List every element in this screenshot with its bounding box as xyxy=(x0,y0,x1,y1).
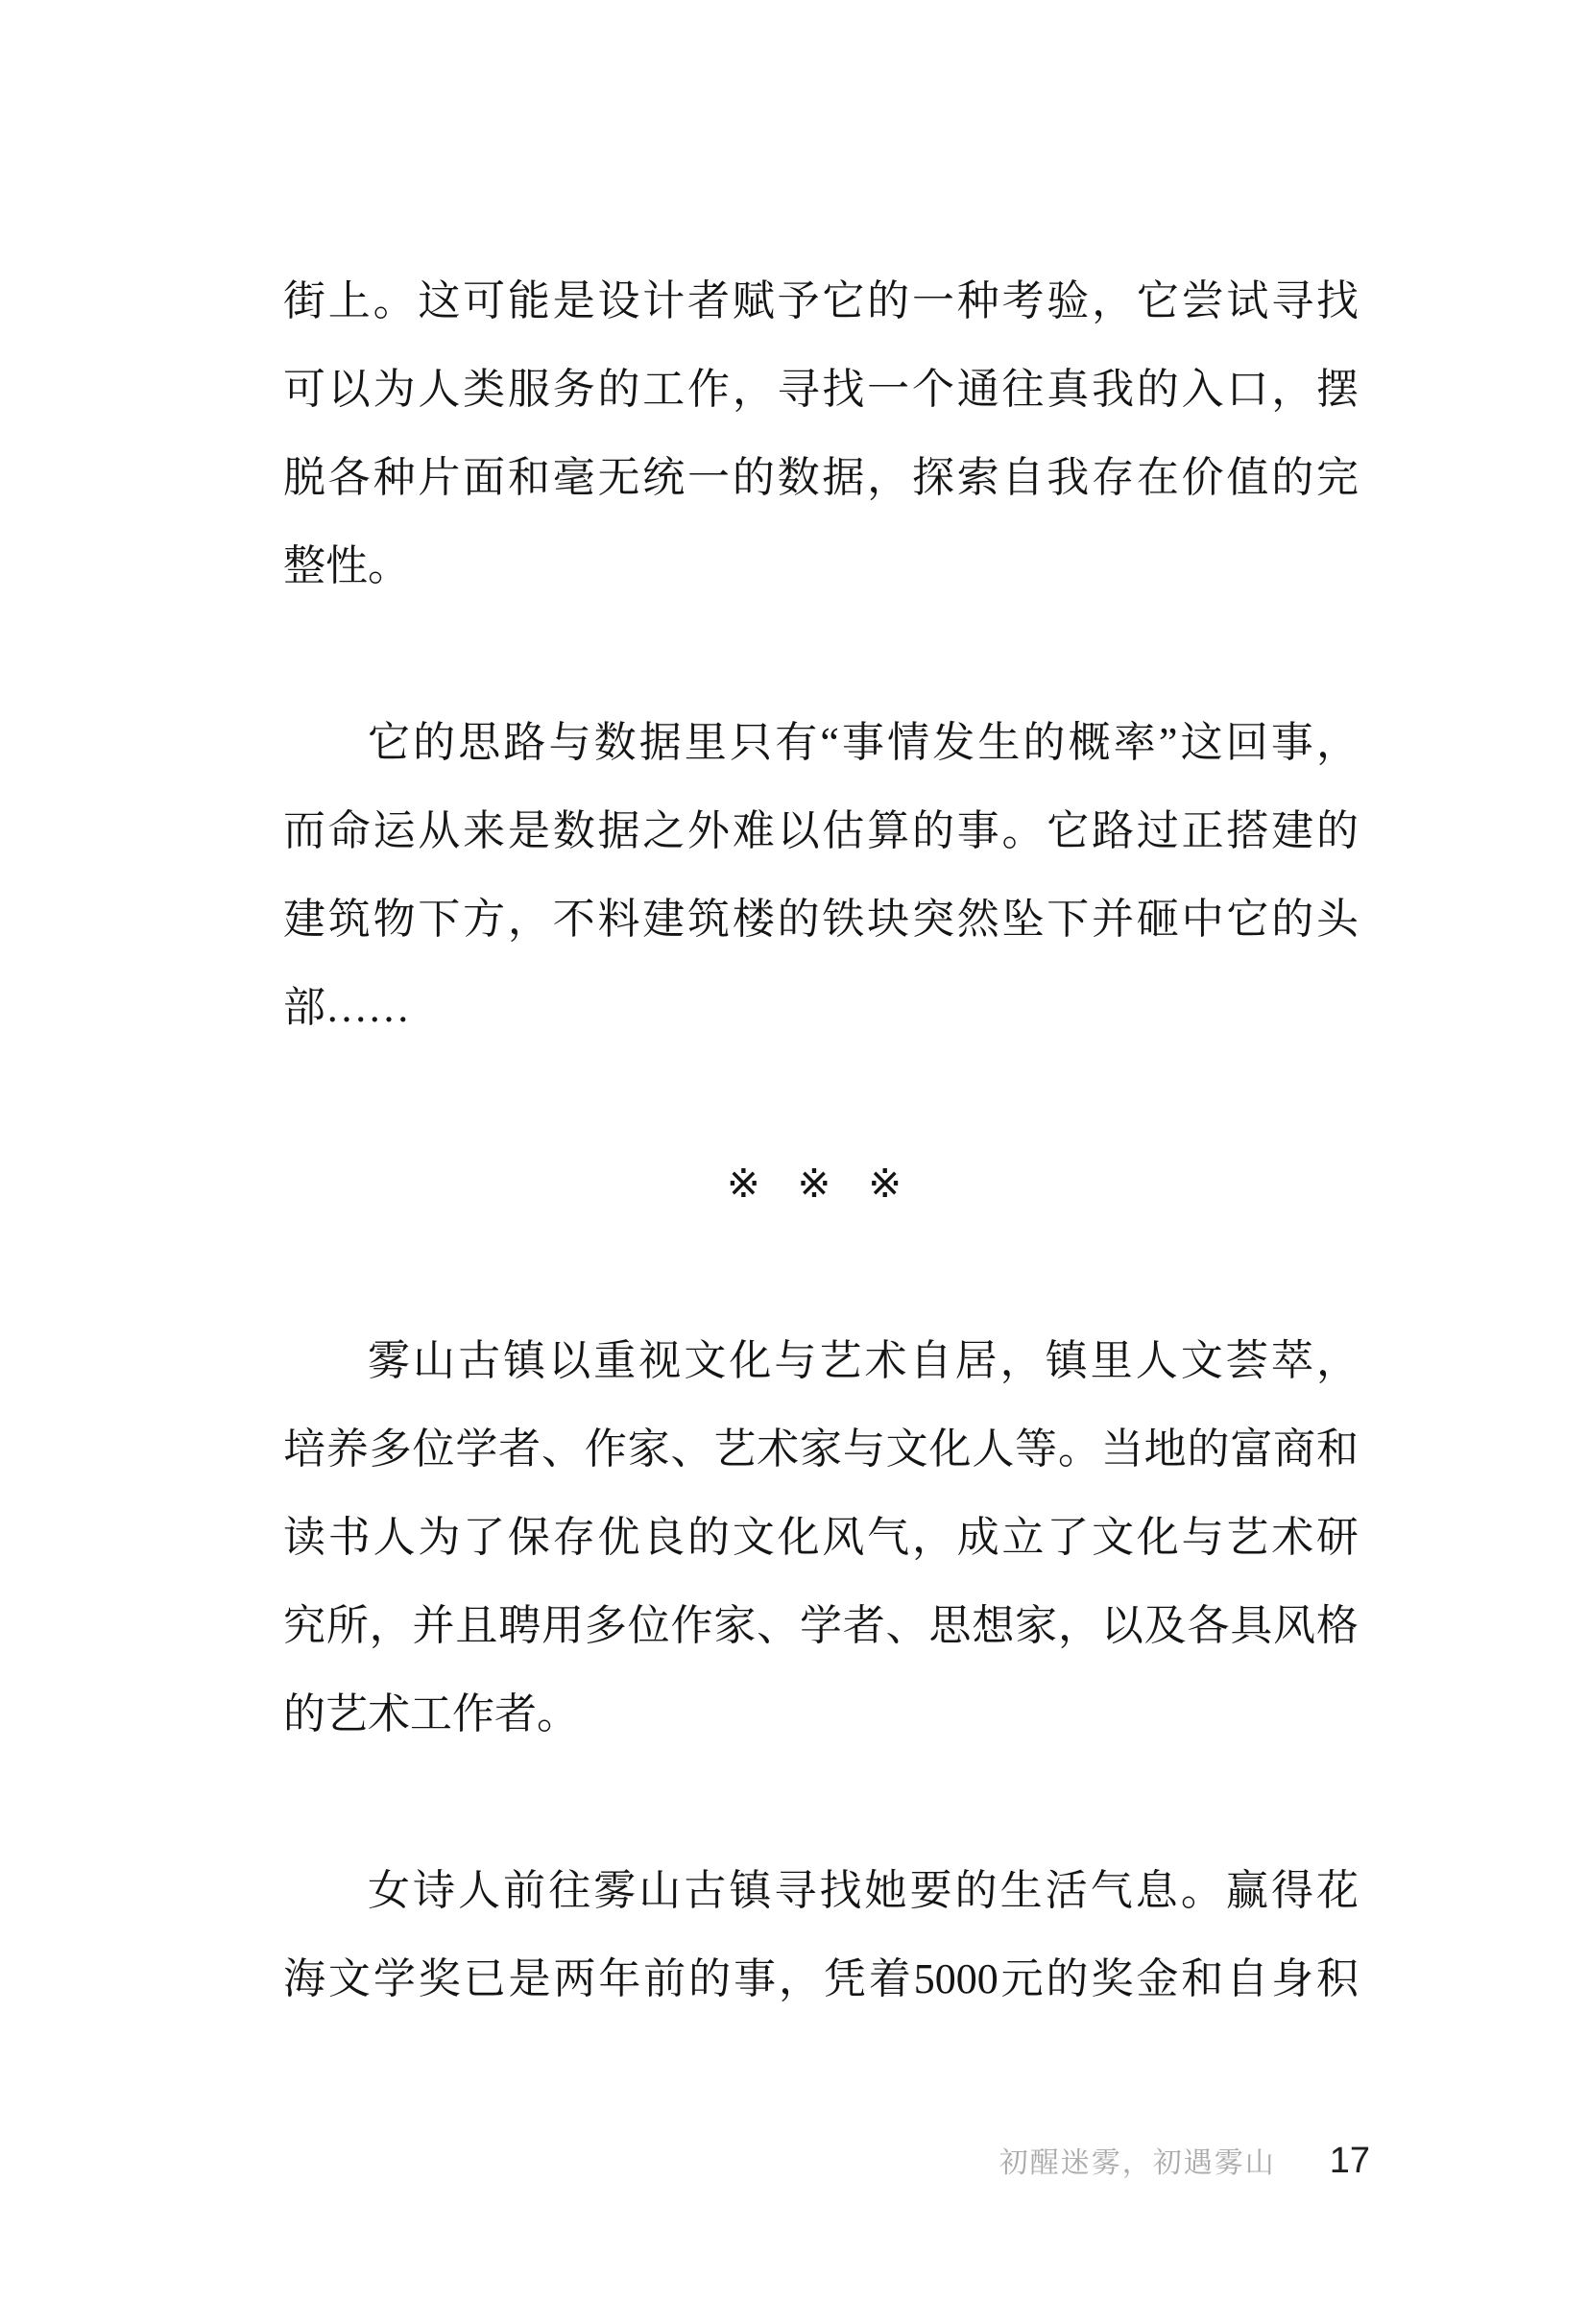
paragraph: 雾山古镇以重视文化与艺术自居，镇里人文荟萃， 培养多位学者、作家、艺术家与文化人… xyxy=(283,1317,1359,1759)
running-title: 初醒迷雾，初遇雾山 xyxy=(999,2139,1276,2181)
paragraph: 街上。这可能是设计者赋予它的一种考验，它尝试寻找 可以为人类服务的工作，寻找一个… xyxy=(283,257,1359,611)
body-text: 街上。这可能是设计者赋予它的一种考验，它尝试寻找 可以为人类服务的工作，寻找一个… xyxy=(283,257,1359,2112)
text-line: 雾山古镇以重视文化与艺术自居，镇里人文荟萃， xyxy=(283,1317,1359,1405)
section-divider: ※ ※ ※ xyxy=(283,1140,1359,1229)
text-line: 海文学奖已是两年前的事，凭着5000元的奖金和自身积 xyxy=(283,1935,1359,2024)
text-line: 究所，并且聘用多位作家、学者、思想家，以及各具风格 xyxy=(283,1582,1359,1670)
text-line: 街上。这可能是设计者赋予它的一种考验，它尝试寻找 xyxy=(283,257,1359,346)
text-line: 整性。 xyxy=(283,522,1359,611)
text-line: 建筑物下方，不料建筑楼的铁块突然坠下并砸中它的头 xyxy=(283,875,1359,964)
text-line: 而命运从来是数据之外难以估算的事。它路过正搭建的 xyxy=(283,787,1359,875)
paragraph: 它的思路与数据里只有“事情发生的概率”这回事， 而命运从来是数据之外难以估算的事… xyxy=(283,699,1359,1052)
text-line: 读书人为了保存优良的文化风气，成立了文化与艺术研 xyxy=(283,1494,1359,1582)
text-line: 部…… xyxy=(283,964,1359,1052)
text-line: 的艺术工作者。 xyxy=(283,1670,1359,1759)
text-line: 它的思路与数据里只有“事情发生的概率”这回事， xyxy=(283,699,1359,787)
text-line: 培养多位学者、作家、艺术家与文化人等。当地的富商和 xyxy=(283,1405,1359,1494)
text-line: 脱各种片面和毫无统一的数据，探索自我存在价值的完 xyxy=(283,434,1359,522)
page-number: 17 xyxy=(1330,2141,1370,2182)
page-footer: 初醒迷雾，初遇雾山 17 xyxy=(999,2139,1370,2182)
text-line: 女诗人前往雾山古镇寻找她要的生活气息。赢得花 xyxy=(283,1847,1359,1935)
text-line: 可以为人类服务的工作，寻找一个通往真我的入口，摆 xyxy=(283,346,1359,434)
paragraph: 女诗人前往雾山古镇寻找她要的生活气息。赢得花 海文学奖已是两年前的事，凭着500… xyxy=(283,1847,1359,2024)
book-page: 街上。这可能是设计者赋予它的一种考验，它尝试寻找 可以为人类服务的工作，寻找一个… xyxy=(0,0,1588,2324)
